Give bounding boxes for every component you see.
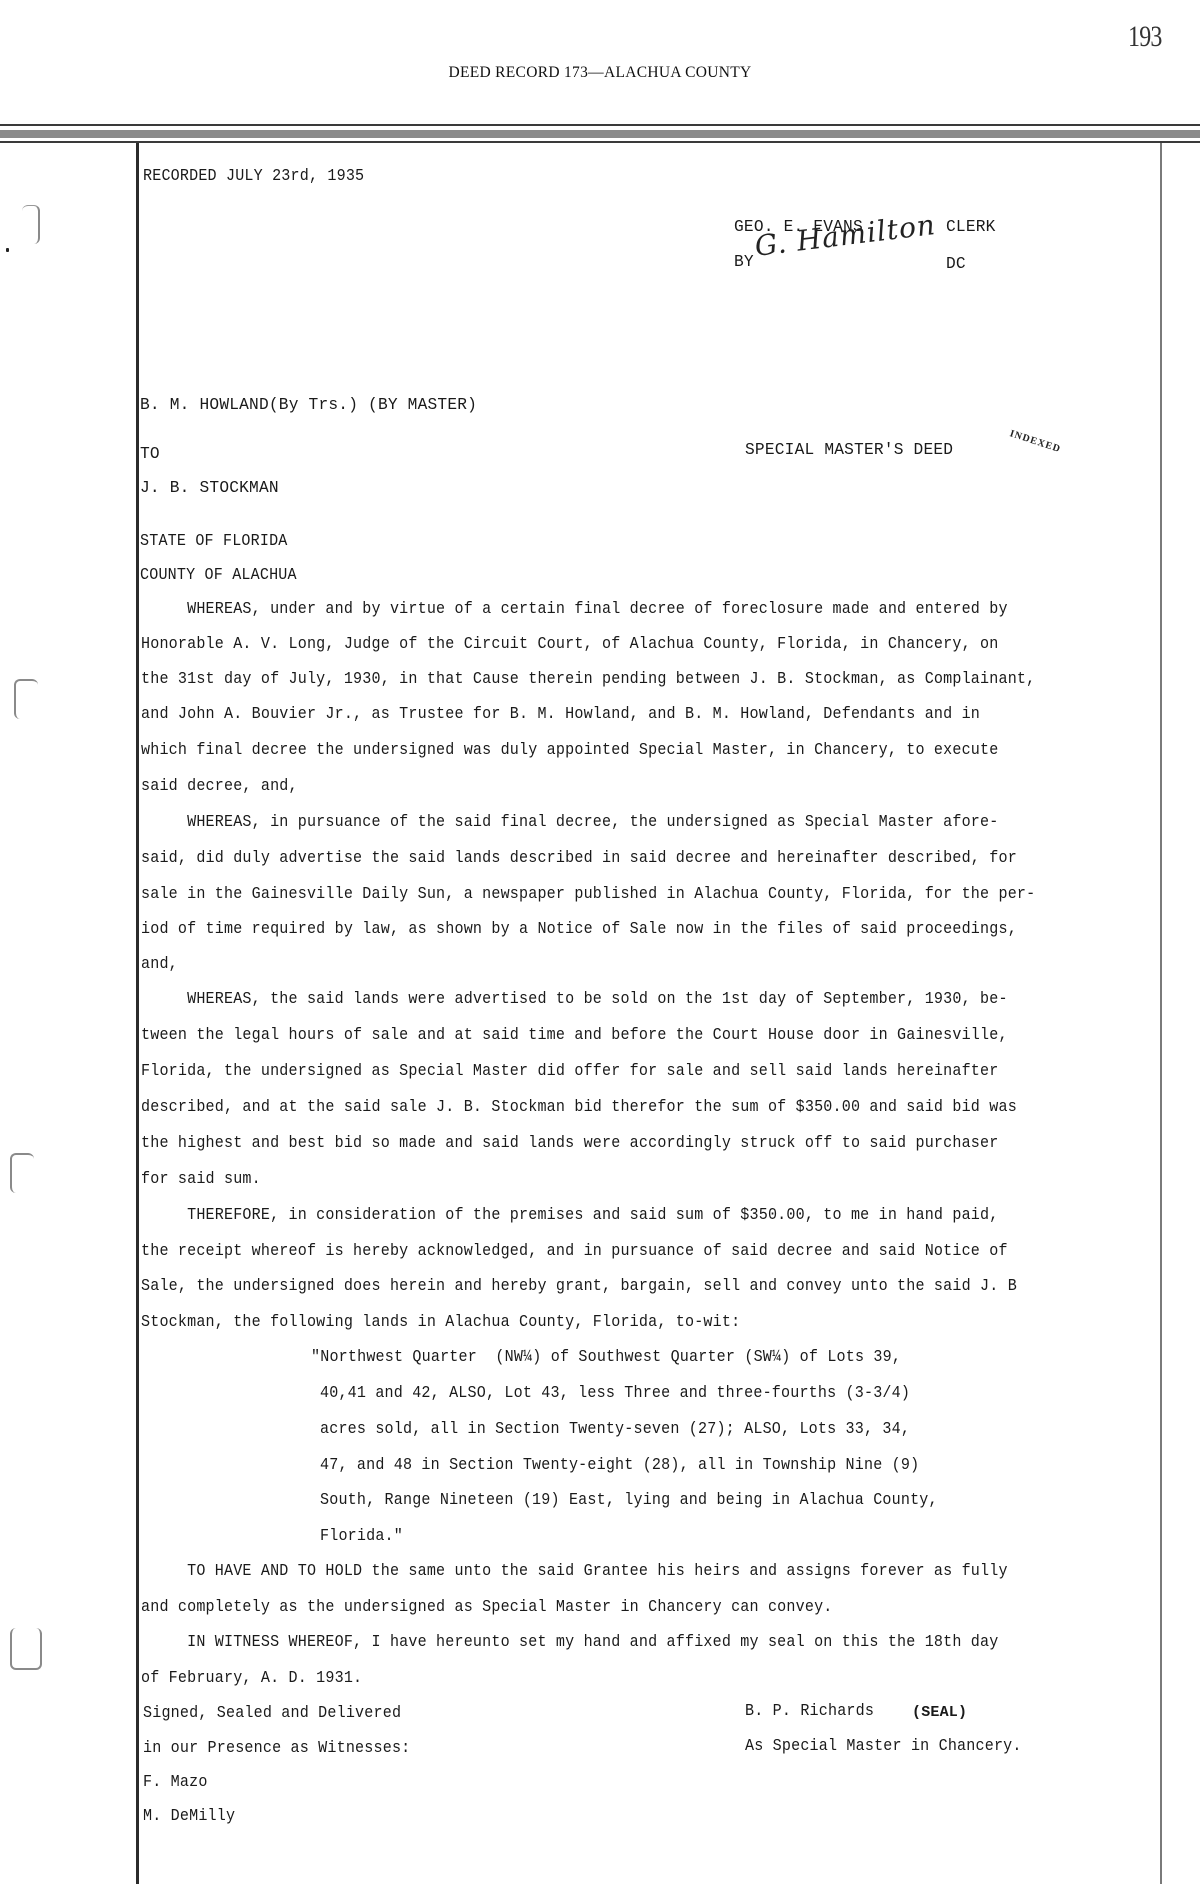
body-line: Sale, the undersigned does herein and he… xyxy=(141,1276,1017,1296)
binding-hole-mark xyxy=(10,1153,34,1193)
body-line: WHEREAS, the said lands were advertised … xyxy=(141,989,1008,1009)
body-line: Honorable A. V. Long, Judge of the Circu… xyxy=(141,634,998,654)
witness-name: M. DeMilly xyxy=(143,1806,235,1826)
right-margin-line xyxy=(1160,143,1162,1884)
body-line: for said sum. xyxy=(141,1169,261,1189)
page-number: 193 xyxy=(1128,20,1162,54)
signer-name: B. P. Richards xyxy=(745,1701,874,1721)
left-margin-line xyxy=(136,143,139,1884)
binding-hole-mark xyxy=(10,1628,42,1670)
by-label: BY xyxy=(734,252,754,272)
closing-line: and completely as the undersigned as Spe… xyxy=(141,1597,833,1617)
header-rule-top xyxy=(0,124,1200,126)
body-line: Stockman, the following lands in Alachua… xyxy=(141,1312,740,1332)
to-label: TO xyxy=(140,444,160,464)
signer-capacity: As Special Master in Chancery. xyxy=(745,1736,1022,1756)
venue-county: COUNTY OF ALACHUA xyxy=(140,565,297,585)
body-line: tween the legal hours of sale and at sai… xyxy=(141,1025,1008,1045)
body-line: and John A. Bouvier Jr., as Trustee for … xyxy=(141,704,980,724)
witness-heading: Signed, Sealed and Delivered xyxy=(143,1703,401,1723)
clerk-title: CLERK xyxy=(946,217,996,237)
grantor: B. M. HOWLAND(By Trs.) (BY MASTER) xyxy=(140,395,477,415)
seal-label: (SEAL) xyxy=(912,1703,967,1723)
header-rule-thick xyxy=(0,130,1200,138)
body-line: said decree, and, xyxy=(141,776,298,796)
body-line: the highest and best bid so made and sai… xyxy=(141,1133,998,1153)
closing-line: TO HAVE AND TO HOLD the same unto the sa… xyxy=(141,1561,1008,1581)
land-line: South, Range Nineteen (19) East, lying a… xyxy=(320,1490,938,1510)
body-line: the receipt whereof is hereby acknowledg… xyxy=(141,1241,1008,1261)
body-line: Florida, the undersigned as Special Mast… xyxy=(141,1061,998,1081)
land-line: 47, and 48 in Section Twenty-eight (28),… xyxy=(320,1455,919,1475)
closing-line: IN WITNESS WHEREOF, I have hereunto set … xyxy=(141,1632,998,1652)
land-line: acres sold, all in Section Twenty-seven … xyxy=(320,1419,910,1439)
indexed-stamp: INDEXED xyxy=(1008,428,1062,455)
grantee: J. B. STOCKMAN xyxy=(140,478,279,498)
land-line: Florida." xyxy=(320,1526,403,1546)
recorded-date: RECORDED JULY 23rd, 1935 xyxy=(143,166,364,186)
closing-line: of February, A. D. 1931. xyxy=(141,1668,362,1688)
body-line: the 31st day of July, 1930, in that Caus… xyxy=(141,669,1035,689)
body-line: and, xyxy=(141,954,178,974)
binding-hole-mark xyxy=(22,205,40,244)
land-line: 40,41 and 42, ALSO, Lot 43, less Three a… xyxy=(320,1383,910,1403)
body-line: WHEREAS, in pursuance of the said final … xyxy=(141,812,998,832)
witness-heading: in our Presence as Witnesses: xyxy=(143,1738,410,1758)
ink-speck xyxy=(6,248,9,252)
running-head: DEED RECORD 173—ALACHUA COUNTY xyxy=(0,64,1200,82)
header-rule-bottom xyxy=(0,141,1200,143)
body-line: THEREFORE, in consideration of the premi… xyxy=(141,1205,998,1225)
body-line: described, and at the said sale J. B. St… xyxy=(141,1097,1017,1117)
body-line: which final decree the undersigned was d… xyxy=(141,740,998,760)
witness-name: F. Mazo xyxy=(143,1772,208,1792)
binding-hole-mark xyxy=(14,679,38,719)
land-line: "Northwest Quarter (NW¼) of Southwest Qu… xyxy=(311,1347,901,1367)
body-line: iod of time required by law, as shown by… xyxy=(141,919,1017,939)
venue-state: STATE OF FLORIDA xyxy=(140,531,288,551)
instrument-type: SPECIAL MASTER'S DEED xyxy=(745,440,953,460)
body-line: sale in the Gainesville Daily Sun, a new… xyxy=(141,884,1035,904)
deputy-title: DC xyxy=(946,254,966,274)
body-line: WHEREAS, under and by virtue of a certai… xyxy=(141,599,1008,619)
body-line: said, did duly advertise the said lands … xyxy=(141,848,1017,868)
